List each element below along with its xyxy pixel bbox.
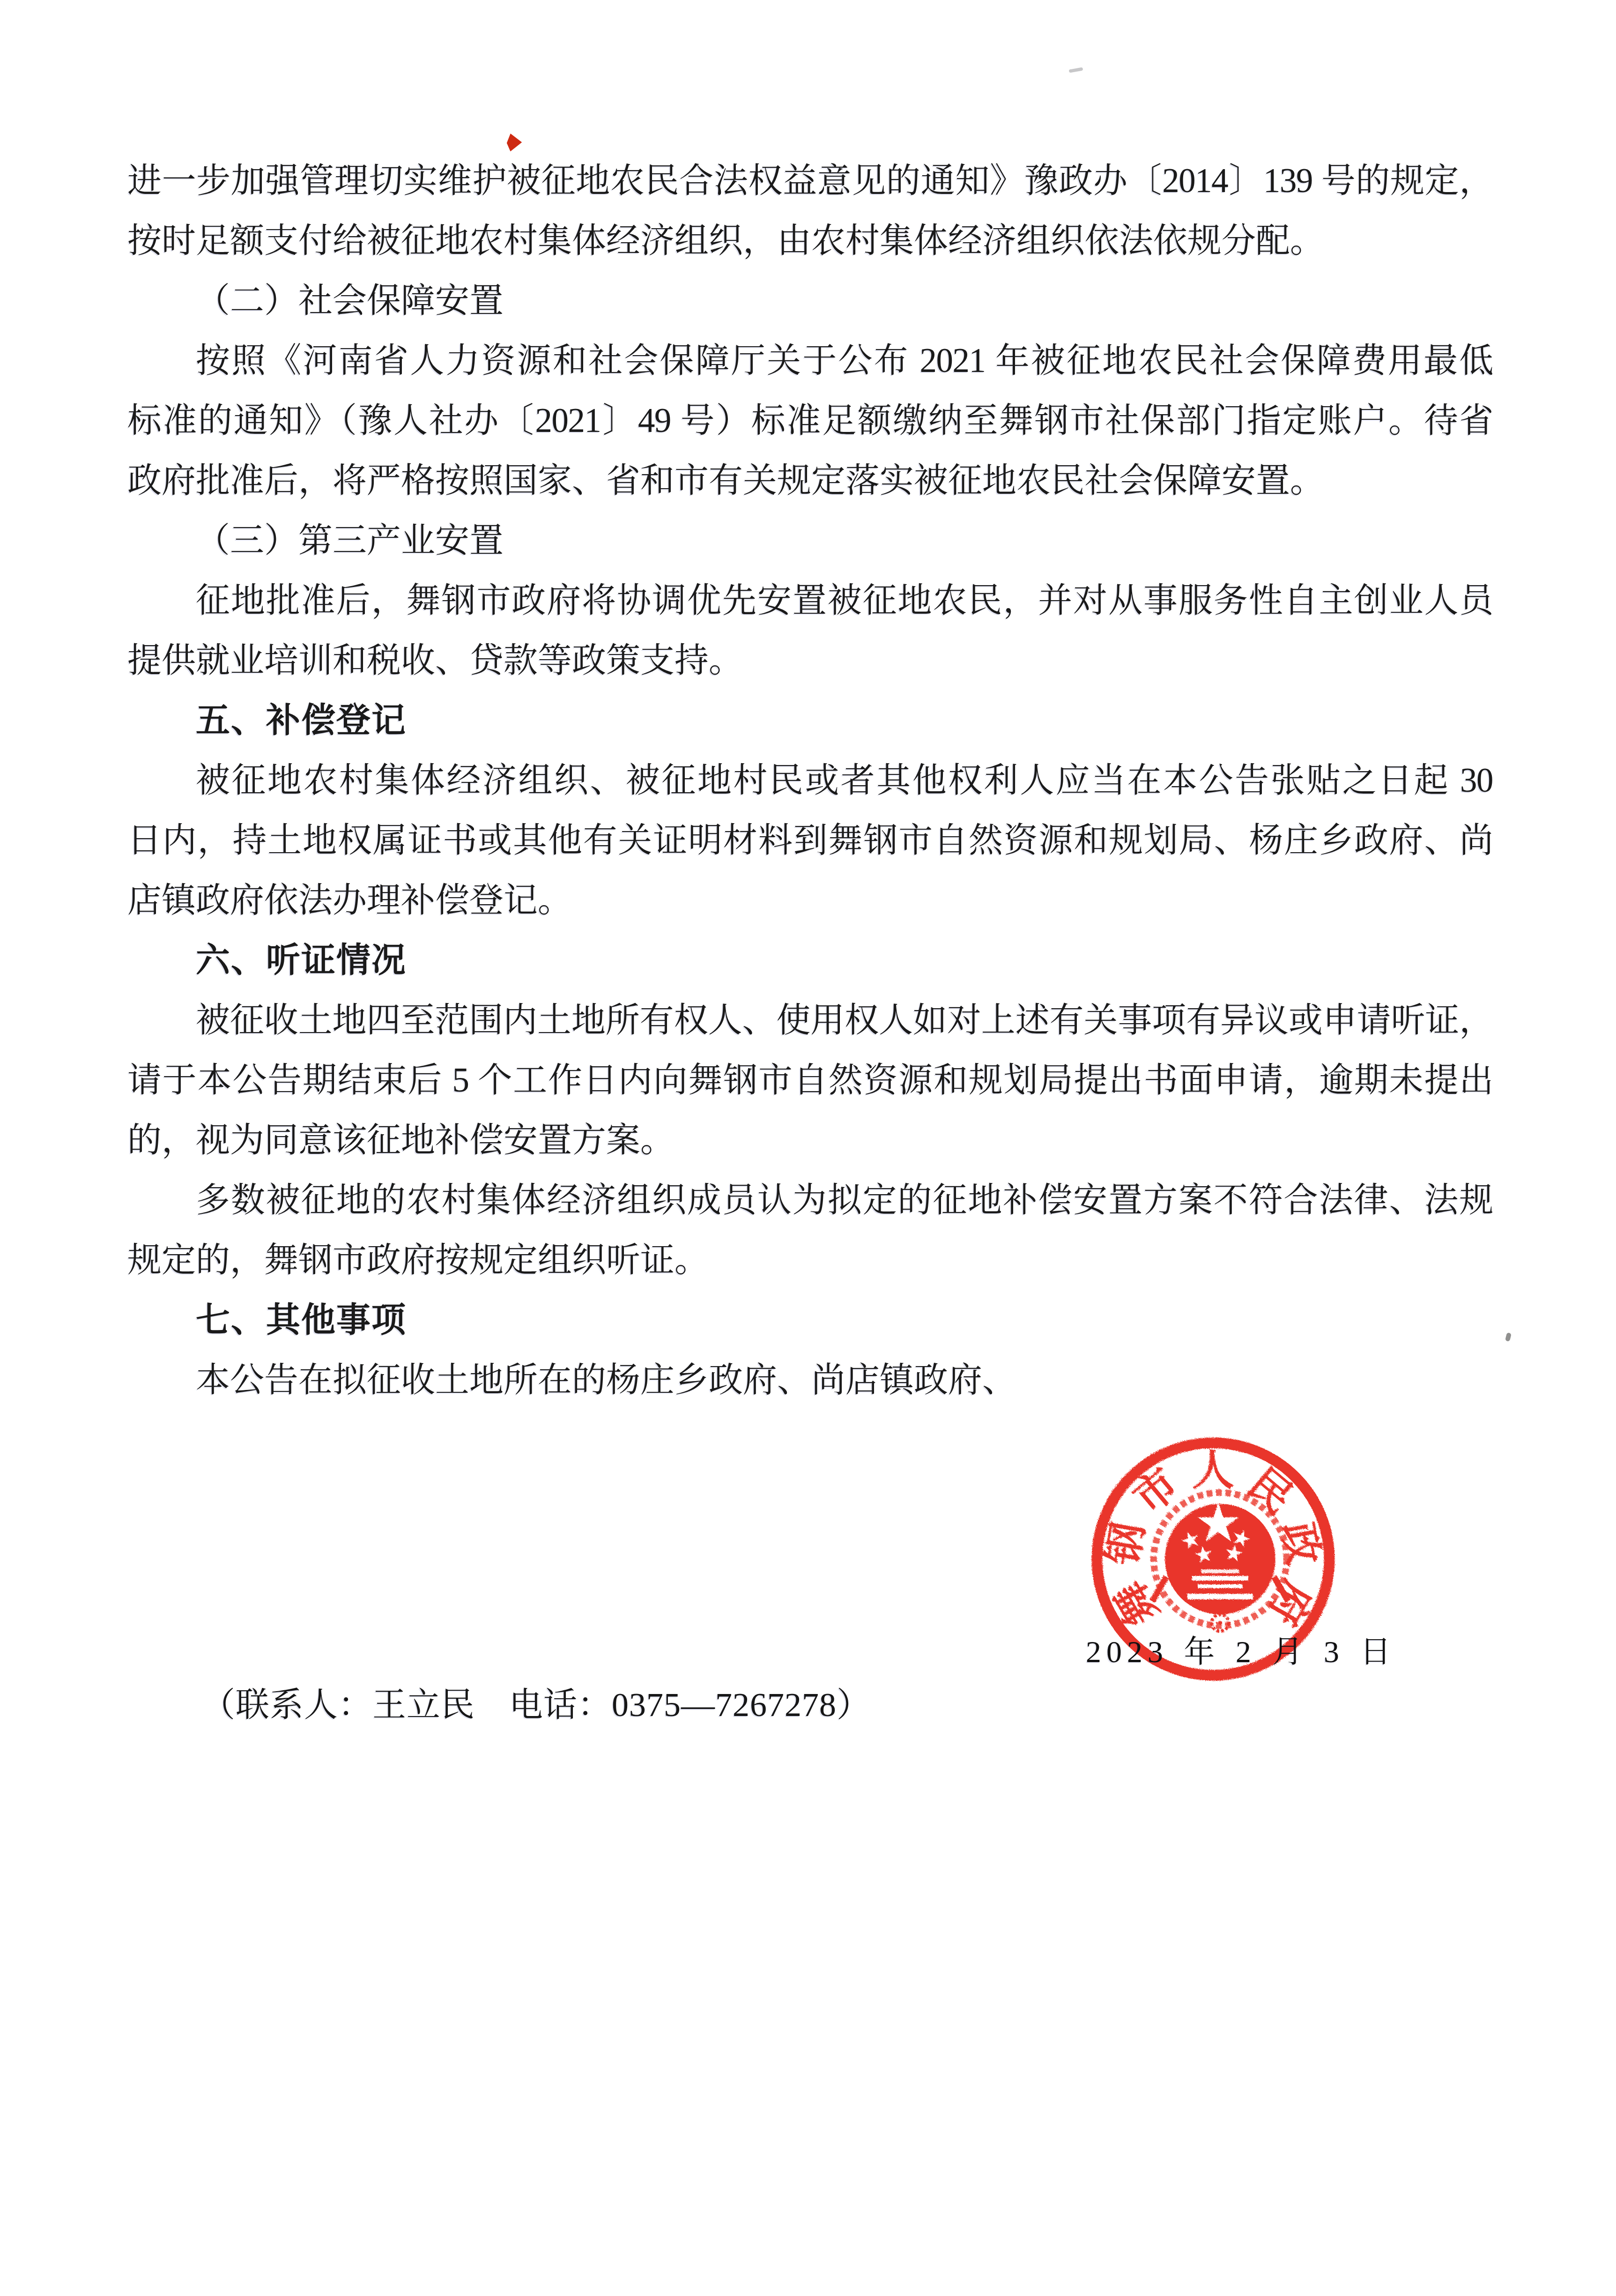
body-line: 按照《河南省人力资源和社会保障厅关于公布 2021 年被征地农民社会保障费用最低: [127, 331, 1493, 391]
body-line: 提供就业培训和税收、贷款等政策支持。: [127, 631, 1493, 691]
body-line: 的，视为同意该征地补偿安置方案。: [127, 1110, 1493, 1170]
scan-artifact-dash: [1069, 67, 1083, 73]
body-line: 标准的通知》（豫人社办〔2021〕49 号）标准足额缴纳至舞钢市社保部门指定账户…: [127, 391, 1493, 451]
seal-char: 钢: [1100, 1519, 1153, 1568]
body-line: 进一步加强管理切实维护被征地农民合法权益意见的通知》豫政办〔2014〕139 号…: [127, 151, 1493, 211]
sub-heading: （二）社会保障安置: [127, 271, 1493, 331]
issue-date: 2023 年 2 月 3 日: [1086, 1627, 1396, 1671]
section-heading: 七、其他事项: [127, 1290, 1493, 1350]
body-line: 请于本公告期结束后 5 个工作日内向舞钢市自然资源和规划局提出书面申请，逾期未提…: [127, 1050, 1493, 1110]
contact-line: （联系人：王立民 电话：0375—7267278）: [201, 1677, 871, 1726]
section-heading: 五、补偿登记: [127, 691, 1493, 750]
body-line: 被征地农村集体经济组织、被征地村民或者其他权利人应当在本公告张贴之日起 30: [127, 750, 1493, 810]
section-heading: 六、听证情况: [127, 930, 1493, 990]
red-ink-mark: [506, 133, 523, 152]
announcement-body: 进一步加强管理切实维护被征地农民合法权益意见的通知》豫政办〔2014〕139 号…: [127, 151, 1493, 1410]
body-line: 店镇政府依法办理补偿登记。: [127, 870, 1493, 930]
body-line: 按时足额支付给被征地农村集体经济组织，由农村集体经济组织依法依规分配。: [127, 211, 1493, 271]
body-line: 征地批准后，舞钢市政府将协调优先安置被征地农民，并对从事服务性自主创业人员: [127, 571, 1493, 631]
sub-heading: （三）第三产业安置: [127, 511, 1493, 571]
body-line: 被征收土地四至范围内土地所有权人、使用权人如对上述有关事项有异议或申请听证，: [127, 990, 1493, 1050]
scan-artifact-speck: [1505, 1332, 1512, 1342]
body-line: 多数被征地的农村集体经济组织成员认为拟定的征地补偿安置方案不符合法律、法规: [127, 1170, 1493, 1230]
body-line: 规定的，舞钢市政府按规定组织听证。: [127, 1230, 1493, 1290]
body-line: 日内，持土地权属证书或其他有关证明材料到舞钢市自然资源和规划局、杨庄乡政府、尚: [127, 810, 1493, 870]
body-line: 政府批准后，将严格按照国家、省和市有关规定落实被征地农民社会保障安置。: [127, 451, 1493, 511]
seal-char: 人: [1192, 1448, 1234, 1494]
body-line: 本公告在拟征收土地所在的杨庄乡政府、尚店镇政府、: [127, 1350, 1493, 1410]
scanned-announcement-page: 进一步加强管理切实维护被征地农民合法权益意见的通知》豫政办〔2014〕139 号…: [0, 0, 1616, 2296]
